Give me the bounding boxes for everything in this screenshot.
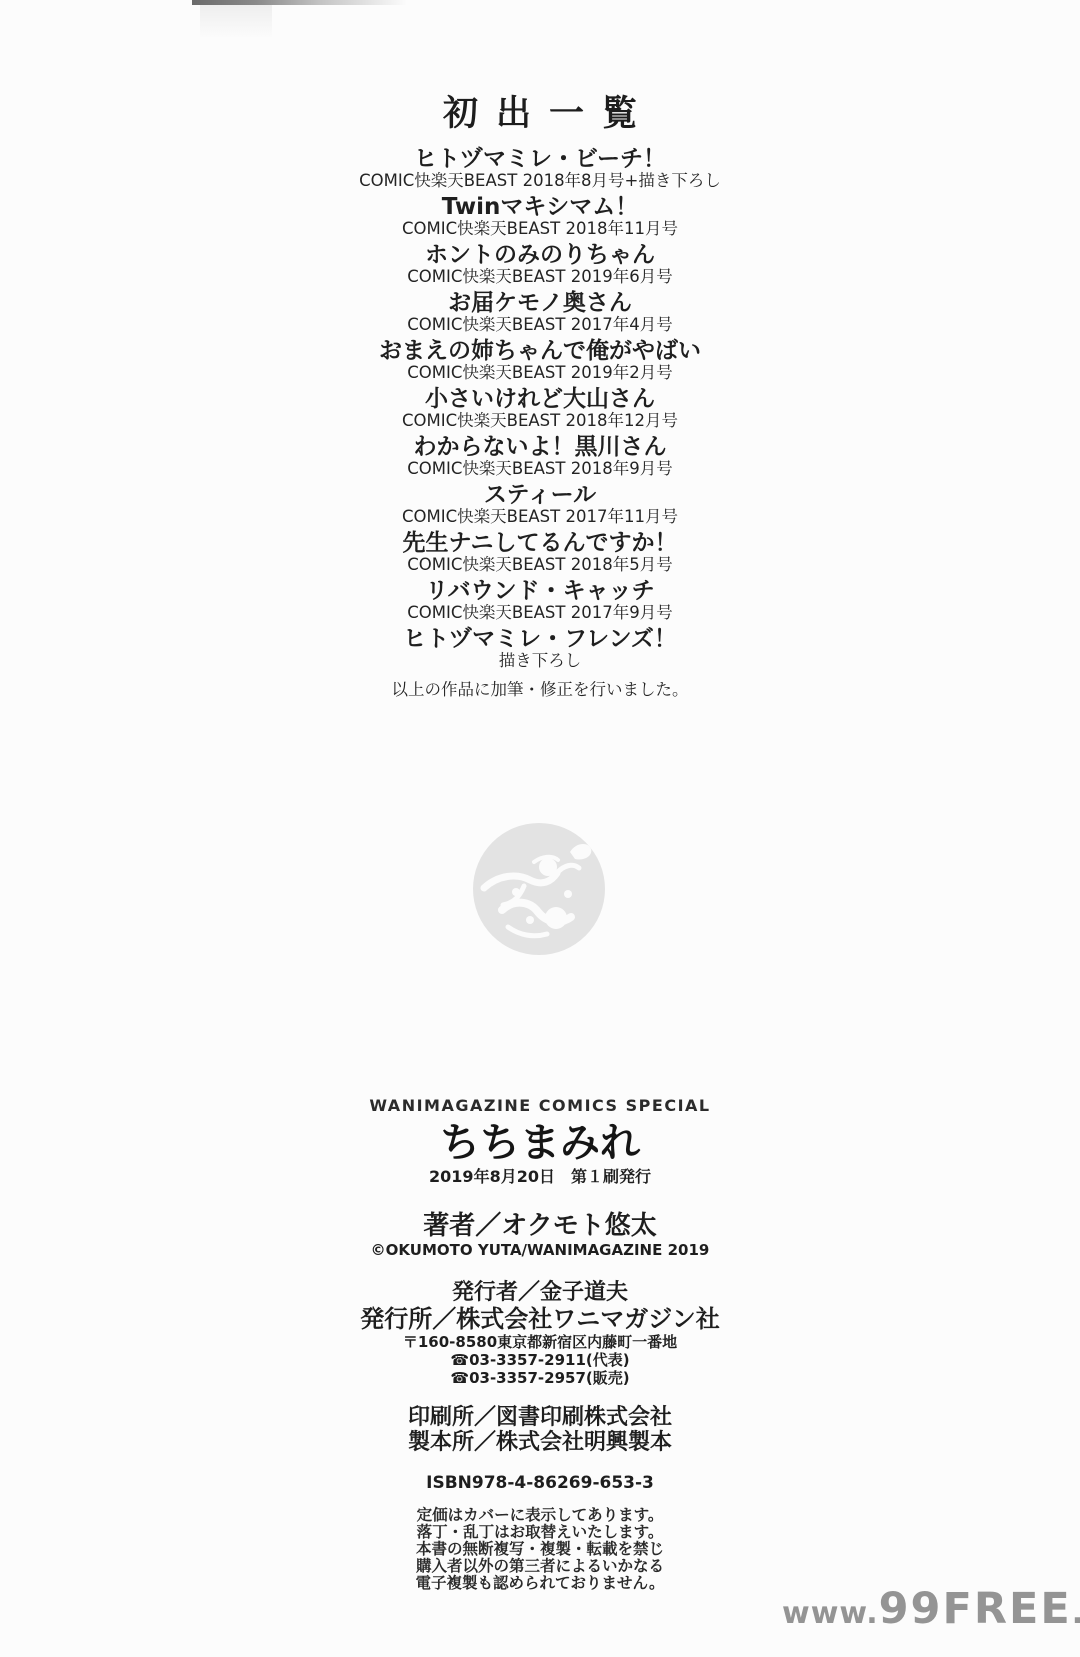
publisher-address: 〒160-8580東京都新宿区内藤町一番地 xyxy=(0,1333,1080,1351)
legal-notice-line: 定価はカバーに表示してあります。 xyxy=(0,1507,1080,1524)
chapter-title: 先生ナニしてるんですか！ xyxy=(0,530,1080,556)
legal-notice-line: 購入者以外の第三者によるいかなる xyxy=(0,1558,1080,1575)
series-label: WANIMAGAZINE COMICS SPECIAL xyxy=(0,1096,1080,1115)
chapter-title: 小さいけれど大山さん xyxy=(0,386,1080,412)
list-item: おまえの姉ちゃんで俺がやばい COMIC快楽天BEAST 2019年2月号 xyxy=(0,338,1080,382)
list-item: ヒトヅマミレ・ビーチ！ COMIC快楽天BEAST 2018年8月号+描き下ろし xyxy=(0,146,1080,190)
site-watermark: www.99FREE.cc xyxy=(782,1584,1080,1634)
list-item: ヒトヅマミレ・フレンズ！ 描き下ろし xyxy=(0,626,1080,670)
publisher-line: 発行所／株式会社ワニマガジン社 xyxy=(0,1305,1080,1333)
phone-main: ☎03-3357-2911(代表) xyxy=(0,1351,1080,1369)
site-watermark-prefix: www. xyxy=(782,1596,879,1631)
printer-line: 印刷所／図書印刷株式会社 xyxy=(0,1405,1080,1430)
edition-date: 2019年8月20日 第１刷発行 xyxy=(0,1167,1080,1187)
chapter-source: COMIC快楽天BEAST 2018年12月号 xyxy=(0,412,1080,430)
chapter-title: ヒトヅマミレ・フレンズ！ xyxy=(0,626,1080,652)
chapter-title: スティール xyxy=(0,482,1080,508)
colophon-page: 初出一覧 ヒトヅマミレ・ビーチ！ COMIC快楽天BEAST 2018年8月号+… xyxy=(0,0,1080,1657)
list-item: スティール COMIC快楽天BEAST 2017年11月号 xyxy=(0,482,1080,526)
chapter-title: Twinマキシマム！ xyxy=(0,194,1080,220)
binder-line: 製本所／株式会社明興製本 xyxy=(0,1430,1080,1455)
chapter-source: COMIC快楽天BEAST 2018年9月号 xyxy=(0,460,1080,478)
scan-artifact-blob xyxy=(200,5,272,39)
chapter-source: COMIC快楽天BEAST 2019年6月号 xyxy=(0,268,1080,286)
issuer-line: 発行者／金子道夫 xyxy=(0,1281,1080,1305)
chapter-title: ホントのみのりちゃん xyxy=(0,242,1080,268)
chapter-title: リバウンド・キャッチ xyxy=(0,578,1080,604)
chapter-source: COMIC快楽天BEAST 2019年2月号 xyxy=(0,364,1080,382)
list-item: ホントのみのりちゃん COMIC快楽天BEAST 2019年6月号 xyxy=(0,242,1080,286)
list-item: 先生ナニしてるんですか！ COMIC快楽天BEAST 2018年5月号 xyxy=(0,530,1080,574)
site-watermark-name: 99FREE xyxy=(879,1584,1072,1634)
chapter-title: ヒトヅマミレ・ビーチ！ xyxy=(0,146,1080,172)
chapter-title: おまえの姉ちゃんで俺がやばい xyxy=(0,338,1080,364)
chapter-title: お届ケモノ奥さん xyxy=(0,290,1080,316)
book-title: ちちまみれ xyxy=(0,1121,1080,1165)
site-watermark-suffix: .cc xyxy=(1072,1596,1080,1631)
first-publication-list: ヒトヅマミレ・ビーチ！ COMIC快楽天BEAST 2018年8月号+描き下ろし… xyxy=(0,146,1080,700)
legal-notices: 定価はカバーに表示してあります。 落丁・乱丁はお取替えいたします。 本書の無断複… xyxy=(0,1507,1080,1592)
wanimagazine-crocodile-seal-icon xyxy=(472,822,606,956)
chapter-source: 描き下ろし xyxy=(0,652,1080,670)
list-item: Twinマキシマム！ COMIC快楽天BEAST 2018年11月号 xyxy=(0,194,1080,238)
isbn: ISBN978-4-86269-653-3 xyxy=(0,1473,1080,1493)
list-item: お届ケモノ奥さん COMIC快楽天BEAST 2017年4月号 xyxy=(0,290,1080,334)
list-item: リバウンド・キャッチ COMIC快楽天BEAST 2017年9月号 xyxy=(0,578,1080,622)
legal-notice-line: 落丁・乱丁はお取替えいたします。 xyxy=(0,1524,1080,1541)
list-item: わからないよ！黒川さん COMIC快楽天BEAST 2018年9月号 xyxy=(0,434,1080,478)
chapter-source: COMIC快楽天BEAST 2018年11月号 xyxy=(0,220,1080,238)
chapter-source: COMIC快楽天BEAST 2017年9月号 xyxy=(0,604,1080,622)
list-item: 小さいけれど大山さん COMIC快楽天BEAST 2018年12月号 xyxy=(0,386,1080,430)
chapter-title: わからないよ！黒川さん xyxy=(0,434,1080,460)
chapter-source: COMIC快楽天BEAST 2017年11月号 xyxy=(0,508,1080,526)
colophon-block: WANIMAGAZINE COMICS SPECIAL ちちまみれ 2019年8… xyxy=(0,1096,1080,1592)
author-line: 著者／オクモト悠太 xyxy=(0,1211,1080,1241)
legal-notice-line: 本書の無断複写・複製・転載を禁じ xyxy=(0,1541,1080,1558)
chapter-source: COMIC快楽天BEAST 2018年5月号 xyxy=(0,556,1080,574)
chapter-source: COMIC快楽天BEAST 2017年4月号 xyxy=(0,316,1080,334)
phone-sales: ☎03-3357-2957(販売) xyxy=(0,1369,1080,1387)
copyright-line: ©OKUMOTO YUTA/WANIMAGAZINE 2019 xyxy=(0,1241,1080,1259)
revision-note: 以上の作品に加筆・修正を行いました。 xyxy=(0,680,1080,700)
chapter-source: COMIC快楽天BEAST 2018年8月号+描き下ろし xyxy=(0,172,1080,190)
first-publication-list-title: 初出一覧 xyxy=(0,86,1080,136)
